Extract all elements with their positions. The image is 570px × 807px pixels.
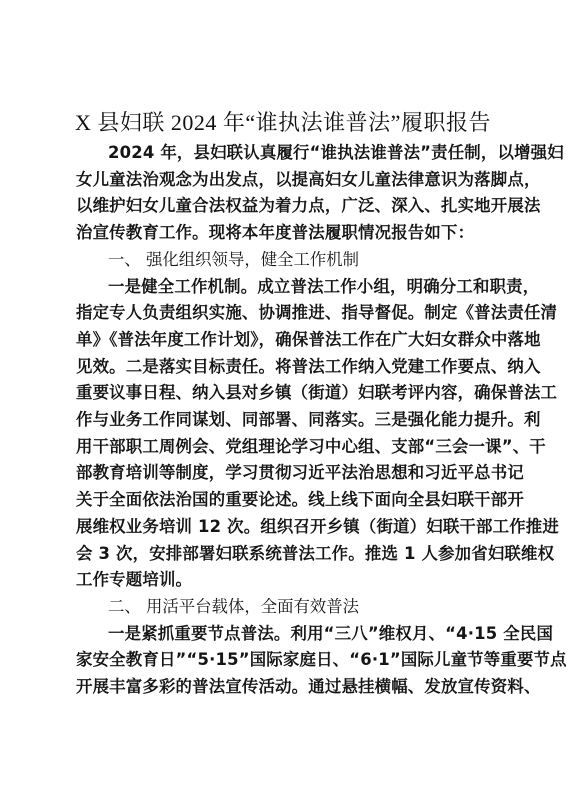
section2-paragraph: 一是紧抓重要节点普法。利用“三八”维权月、“4·15 全民国 家安全教育日”“5… [76, 621, 496, 701]
text-line: 作与业务工作同谋划、同部署、同落实。三是强化能力提升。利 [76, 407, 496, 434]
text-line: 关于全面依法治国的重要论述。线上线下面向全县妇联干部开 [76, 487, 496, 514]
text-line: 单》《普法年度工作计划》，确保普法工作在广大妇女群众中落地 [76, 327, 496, 354]
text-line: 2024 年，县妇联认真履行“谁执法谁普法”责任制，以增强妇 [76, 140, 496, 167]
text-line: 部教育培训等制度，学习贯彻习近平法治思想和习近平总书记 [76, 460, 496, 487]
section-heading-2: 二、 用活平台载体，全面有效普法 [76, 594, 496, 621]
text-line: 一是健全工作机制。成立普法工作小组，明确分工和职责， [76, 274, 496, 301]
text-line: 会 3 次，安排部署妇联系统普法工作。推选 1 人参加省妇联维权 [76, 541, 496, 568]
text-line: 见效。二是落实目标责任。将普法工作纳入党建工作要点、纳入 [76, 354, 496, 381]
text-line: 指定专人负责组织实施、协调推进、指导督促。制定《普法责任清 [76, 300, 496, 327]
text-line: 女儿童法治观念为出发点，以提高妇女儿童法律意识为落脚点， [76, 167, 496, 194]
document-page: X 县妇联 2024 年“谁执法谁普法”履职报告 2024 年，县妇联认真履行“… [76, 108, 496, 701]
section1-paragraph: 一是健全工作机制。成立普法工作小组，明确分工和职责， 指定专人负责组织实施、协调… [76, 274, 496, 594]
text-line: 一是紧抓重要节点普法。利用“三八”维权月、“4·15 全民国 [76, 621, 496, 648]
section-heading-1: 一、 强化组织领导，健全工作机制 [76, 247, 496, 274]
text-line: 用干部职工周例会、党组理论学习中心组、支部“三会一课”、干 [76, 434, 496, 461]
document-title: X 县妇联 2024 年“谁执法谁普法”履职报告 [70, 108, 496, 138]
text-line: 展维权业务培训 12 次。组织召开乡镇（街道）妇联干部工作推进 [76, 514, 496, 541]
text-line: 以维护妇女儿童合法权益为着力点，广泛、深入、扎实地开展法 [76, 193, 496, 220]
text-line: 开展丰富多彩的普法宣传活动。通过悬挂横幅、发放宣传资料、 [76, 674, 496, 701]
text-line: 重要议事日程、纳入县对乡镇（街道）妇联考评内容，确保普法工 [76, 380, 496, 407]
text-line: 工作专题培训。 [76, 567, 496, 594]
text-line: 治宣传教育工作。现将本年度普法履职情况报告如下： [76, 220, 496, 247]
intro-paragraph: 2024 年，县妇联认真履行“谁执法谁普法”责任制，以增强妇 女儿童法治观念为出… [76, 140, 496, 247]
text-line: 家安全教育日”“5·15”国际家庭日、“6·1”国际儿童节等重要节点 [76, 647, 496, 674]
